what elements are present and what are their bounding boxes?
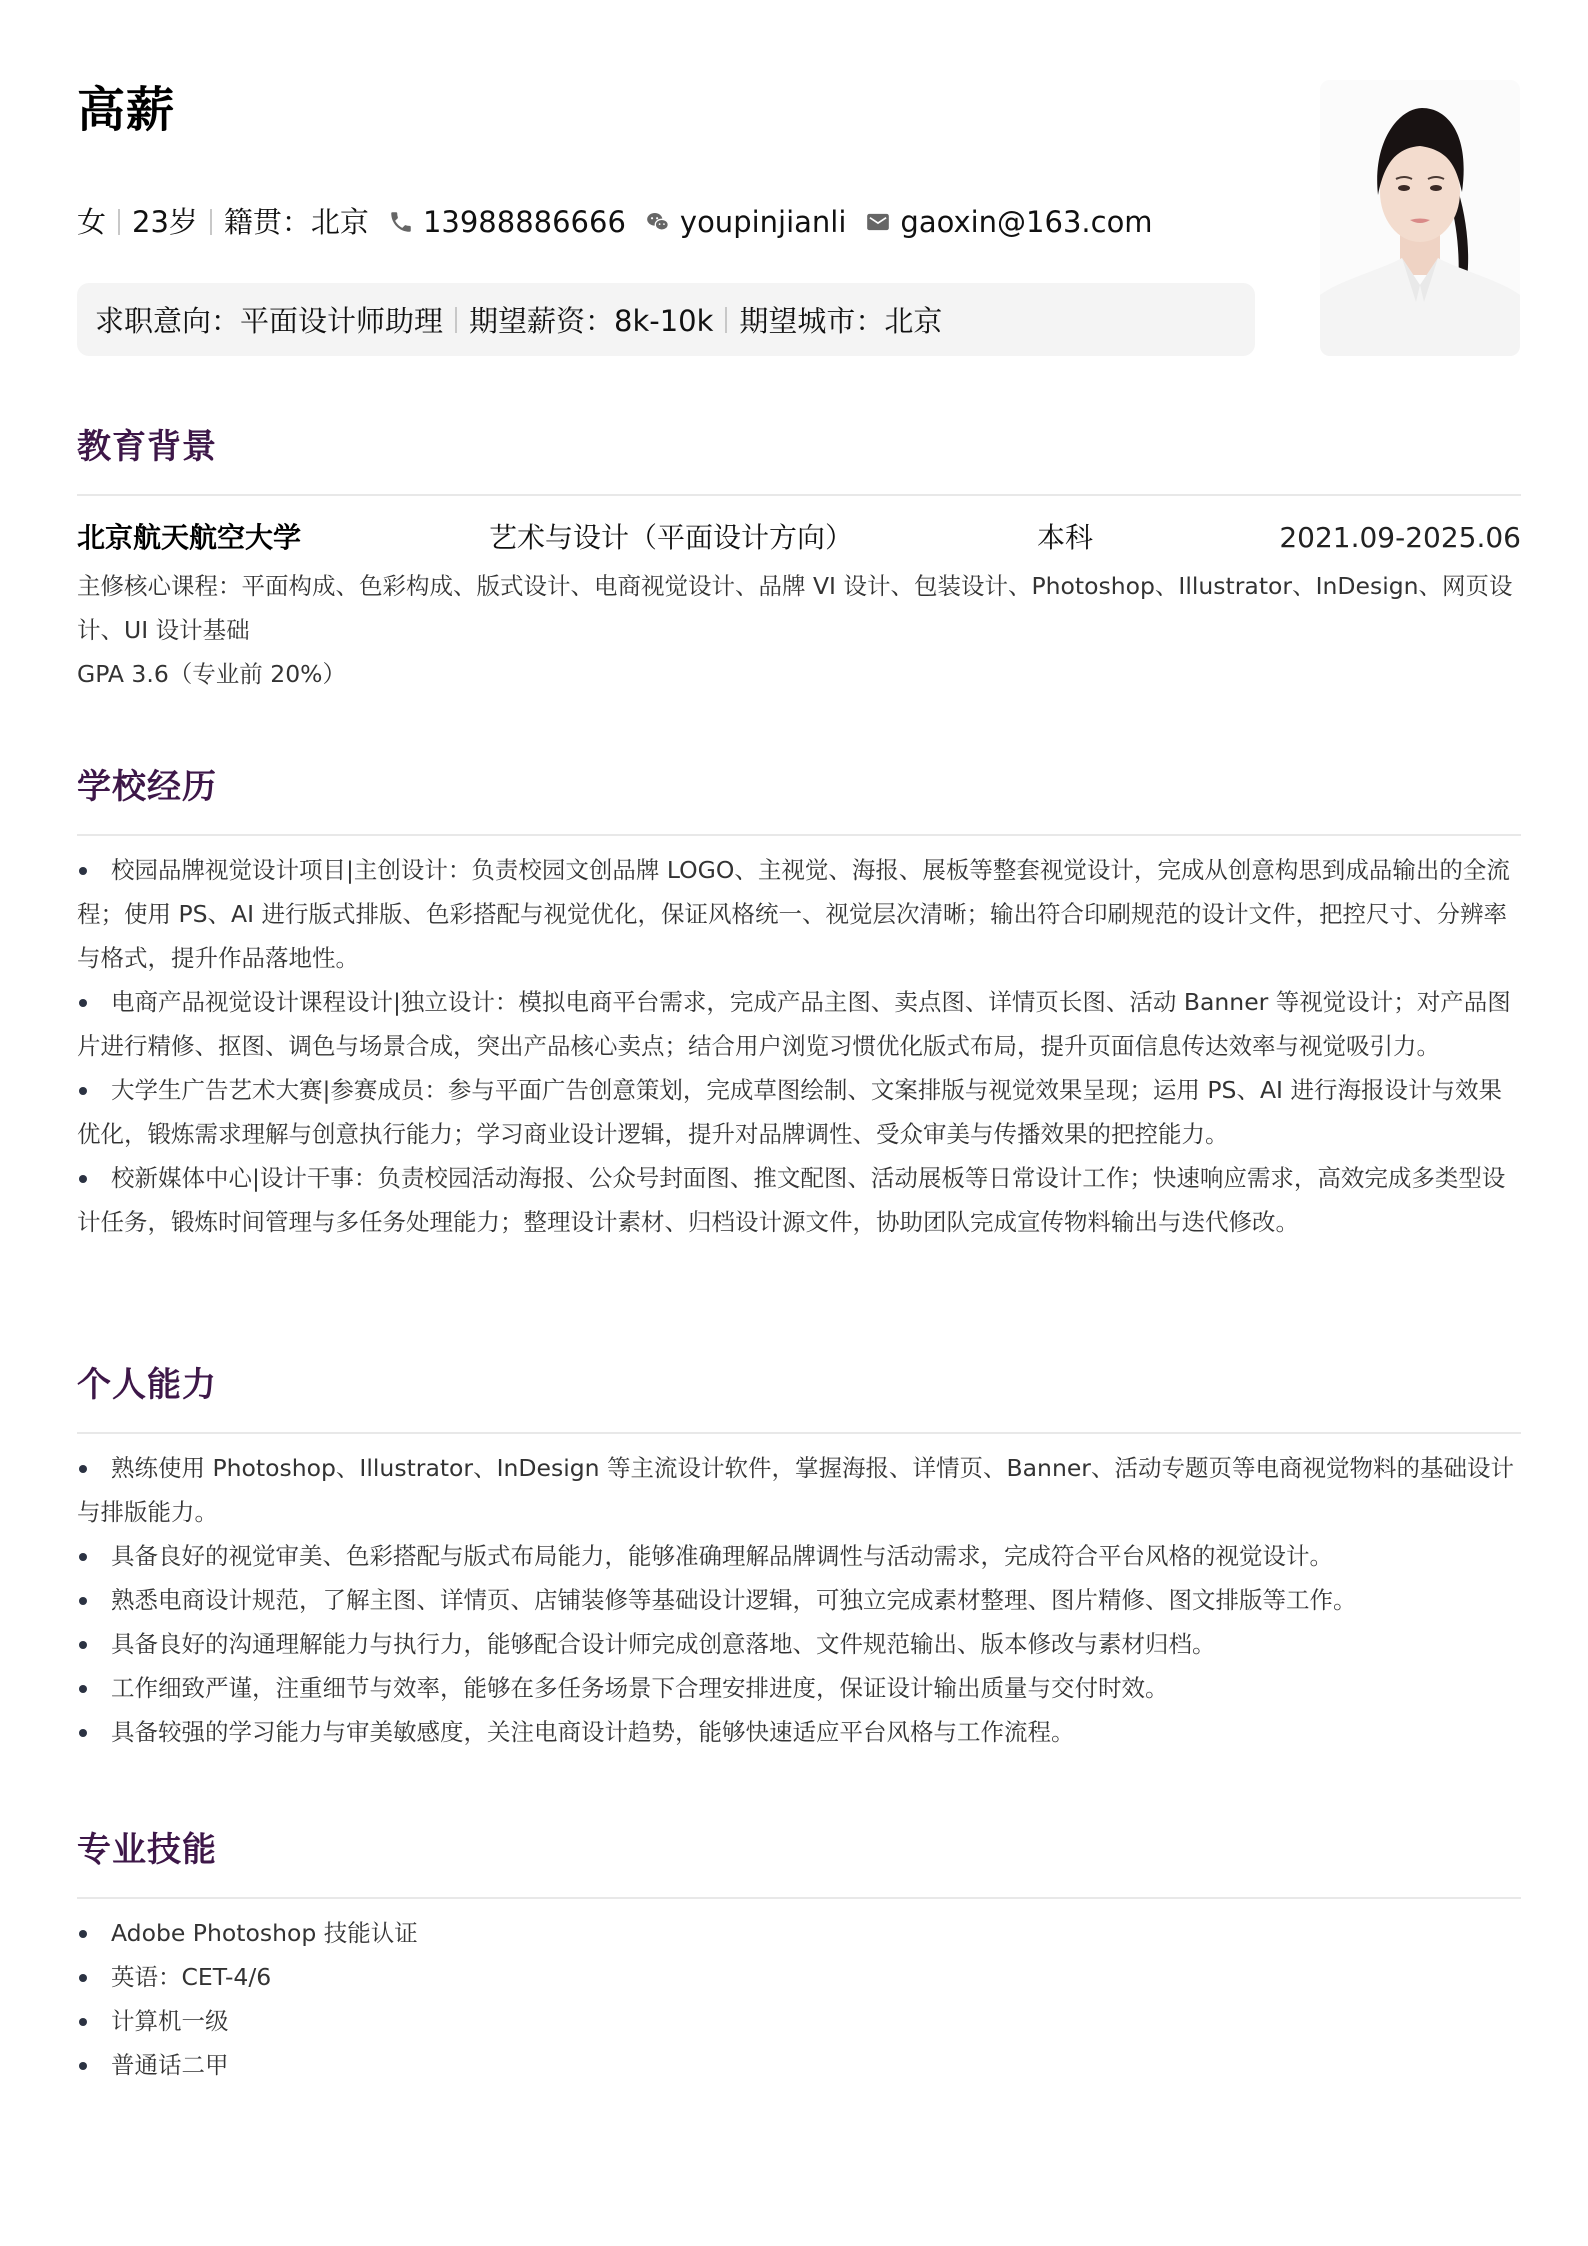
section-skills: 专业技能 Adobe Photoshop 技能认证 英语：CET-4/6 计算机… xyxy=(77,1827,1521,2087)
experience-list: 校园品牌视觉设计项目|主创设计：负责校园文创品牌 LOGO、主视觉、海报、展板等… xyxy=(77,848,1521,1244)
education-dates: 2021.09-2025.06 xyxy=(1277,518,1521,558)
separator xyxy=(455,307,457,333)
candidate-name: 高薪 xyxy=(77,80,175,140)
profile-photo xyxy=(1320,80,1520,356)
section-divider xyxy=(77,1897,1521,1899)
list-item: 大学生广告艺术大赛|参赛成员：参与平面广告创意策划，完成草图绘制、文案排版与视觉… xyxy=(77,1068,1521,1156)
section-title: 学校经历 xyxy=(77,764,1521,810)
job-intention-bar: 求职意向：平面设计师助理 期望薪资：8k-10k 期望城市：北京 xyxy=(77,283,1255,356)
expected-salary: 期望薪资：8k-10k xyxy=(469,299,713,340)
contact-line: 女 23岁 籍贯：北京 13988886666 youpinjianli gao… xyxy=(77,202,1153,242)
list-item: 电商产品视觉设计课程设计|独立设计：模拟电商平台需求，完成产品主图、卖点图、详情… xyxy=(77,980,1521,1068)
list-item: Adobe Photoshop 技能认证 xyxy=(77,1911,1521,1955)
intended-position: 求职意向：平面设计师助理 xyxy=(95,299,443,340)
list-item: 普通话二甲 xyxy=(77,2043,1521,2087)
list-item: 校园品牌视觉设计项目|主创设计：负责校园文创品牌 LOGO、主视觉、海报、展板等… xyxy=(77,848,1521,980)
email-icon xyxy=(864,208,892,236)
list-item: 熟练使用 Photoshop、Illustrator、InDesign 等主流设… xyxy=(77,1446,1521,1534)
email-address[interactable]: gaoxin@163.com xyxy=(900,202,1152,242)
list-item: 英语：CET-4/6 xyxy=(77,1955,1521,1999)
core-courses: 主修核心课程：平面构成、色彩构成、版式设计、电商视觉设计、品牌 VI 设计、包装… xyxy=(77,564,1521,652)
major: 艺术与设计（平面设计方向） xyxy=(489,518,1037,558)
gender: 女 xyxy=(77,202,106,242)
gpa: GPA 3.6（专业前 20%） xyxy=(77,652,1521,696)
phone-icon xyxy=(387,208,415,236)
section-divider xyxy=(77,494,1521,496)
resume-page: 高薪 女 23岁 籍贯：北京 13988886666 youpinjianli … xyxy=(77,0,1521,360)
section-title: 个人能力 xyxy=(77,1362,1521,1408)
section-title: 专业技能 xyxy=(77,1827,1521,1873)
list-item: 具备良好的视觉审美、色彩搭配与版式布局能力，能够准确理解品牌调性与活动需求，完成… xyxy=(77,1534,1521,1578)
wechat-id[interactable]: youpinjianli xyxy=(680,202,847,242)
list-item: 具备较强的学习能力与审美敏感度，关注电商设计趋势，能够快速适应平台风格与工作流程… xyxy=(77,1710,1521,1754)
resume-header: 高薪 女 23岁 籍贯：北京 13988886666 youpinjianli … xyxy=(77,0,1521,360)
list-item: 计算机一级 xyxy=(77,1999,1521,2043)
list-item: 工作细致严谨，注重细节与效率，能够在多任务场景下合理安排进度，保证设计输出质量与… xyxy=(77,1666,1521,1710)
section-school-experience: 学校经历 校园品牌视觉设计项目|主创设计：负责校园文创品牌 LOGO、主视觉、海… xyxy=(77,764,1521,1244)
list-item: 校新媒体中心|设计干事：负责校园活动海报、公众号封面图、推文配图、活动展板等日常… xyxy=(77,1156,1521,1244)
list-item: 具备良好的沟通理解能力与执行力，能够配合设计师完成创意落地、文件规范输出、版本修… xyxy=(77,1622,1521,1666)
school-name: 北京航天航空大学 xyxy=(77,518,489,558)
section-divider xyxy=(77,1432,1521,1434)
list-item: 熟悉电商设计规范，了解主图、详情页、店铺装修等基础设计逻辑，可独立完成素材整理、… xyxy=(77,1578,1521,1622)
degree: 本科 xyxy=(1037,518,1277,558)
skills-list: Adobe Photoshop 技能认证 英语：CET-4/6 计算机一级 普通… xyxy=(77,1911,1521,2087)
age: 23岁 xyxy=(132,202,198,242)
separator xyxy=(210,209,212,235)
separator xyxy=(118,209,120,235)
section-title: 教育背景 xyxy=(77,424,1521,470)
section-education: 教育背景 北京航天航空大学 艺术与设计（平面设计方向） 本科 2021.09-2… xyxy=(77,424,1521,696)
portrait-image xyxy=(1320,80,1520,356)
abilities-list: 熟练使用 Photoshop、Illustrator、InDesign 等主流设… xyxy=(77,1446,1521,1754)
hometown: 籍贯：北京 xyxy=(224,202,369,242)
expected-city: 期望城市：北京 xyxy=(739,299,942,340)
section-divider xyxy=(77,834,1521,836)
wechat-icon xyxy=(644,208,672,236)
separator xyxy=(725,307,727,333)
education-entry: 北京航天航空大学 艺术与设计（平面设计方向） 本科 2021.09-2025.0… xyxy=(77,518,1521,558)
phone-number[interactable]: 13988886666 xyxy=(423,202,626,242)
section-abilities: 个人能力 熟练使用 Photoshop、Illustrator、InDesign… xyxy=(77,1362,1521,1754)
